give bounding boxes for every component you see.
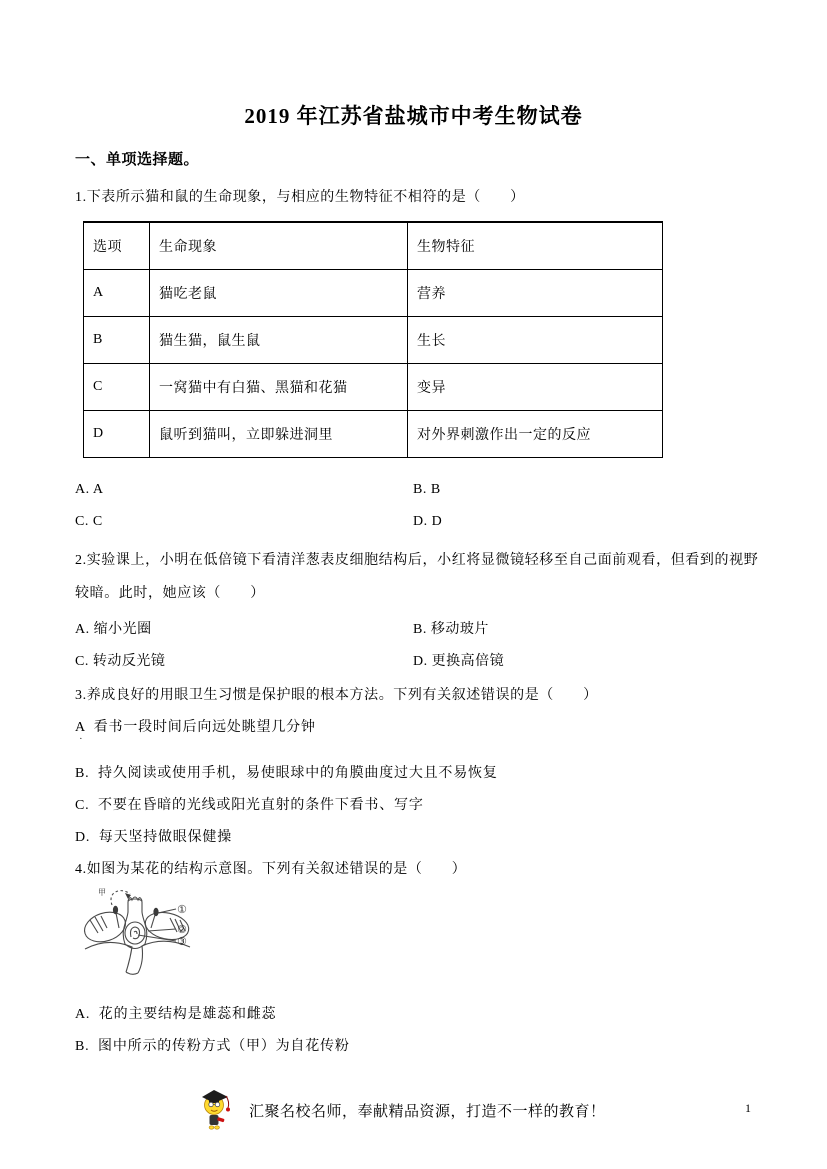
- section-heading: 一、单项选择题。: [75, 148, 199, 169]
- q1-options-row-1: A. A B. B: [75, 482, 765, 498]
- ovary-wall: [125, 922, 145, 944]
- cell-feature: 生长: [408, 317, 663, 364]
- stamen-left-anther: [113, 906, 118, 914]
- question-1-stem: 1.下表所示猫和鼠的生命现象，与相应的生物特征不相符的是（ ）: [75, 186, 525, 206]
- cell-feature: 变异: [408, 364, 663, 411]
- q2-option-c: C. 转动反光镜: [75, 650, 413, 670]
- q2-options-row-2: C. 转动反光镜 D. 更换高倍镜: [75, 650, 765, 670]
- figure-label-3: ③: [177, 935, 187, 948]
- cell-feature: 对外界刺激作出一定的反应: [408, 411, 663, 458]
- petal-left-hatching: [90, 916, 107, 933]
- question-4-stem: 4.如图为某花的结构示意图。下列有关叙述错误的是（ ）: [75, 858, 466, 878]
- q4-option-a: A. 花的主要结构是雄蕊和雌蕊: [75, 1003, 276, 1023]
- q1-option-a: A. A: [75, 482, 413, 498]
- q1-table: 选项 生命现象 生物特征 A 猫吃老鼠 营养 B 猫生猫，鼠生鼠 生长 C 一窝…: [83, 221, 663, 458]
- mascot-tassel: [226, 1096, 229, 1108]
- q2-option-a: A. 缩小光圈: [75, 618, 413, 638]
- q1-options-row-2: C. C D. D: [75, 514, 765, 530]
- q2-option-b: B. 移动玻片: [413, 618, 489, 638]
- page-number: 1: [745, 1101, 751, 1116]
- petal-left: [81, 907, 130, 947]
- question-2-stem-line1: 2.实验课上，小明在低倍镜下看清洋葱表皮细胞结构后，小红将显微镜轻移至自己面前观…: [75, 549, 758, 569]
- pollination-arrow: [111, 891, 130, 905]
- footer-slogan: 汇聚名校名师，奉献精品资源，打造不一样的教育！: [249, 1100, 606, 1121]
- mascot-body: [210, 1115, 219, 1125]
- table-header-option: 选项: [84, 222, 150, 270]
- mascot-glasses-right: [215, 1102, 219, 1106]
- flower-diagram: 甲 ① ② ③: [78, 886, 196, 982]
- question-2-stem-line2: 较暗。此时，她应该（ ）: [75, 582, 265, 602]
- page-title: 2019 年江苏省盐城市中考生物试卷: [0, 100, 827, 130]
- table-row: C 一窝猫中有白猫、黑猫和花猫 变异: [84, 364, 663, 411]
- cell-option: A: [84, 270, 150, 317]
- table-row: A 猫吃老鼠 营养: [84, 270, 663, 317]
- mascot-foot-right: [215, 1126, 220, 1129]
- table-header-phenomenon: 生命现象: [150, 222, 408, 270]
- sepal-left: [85, 942, 132, 972]
- mascot-glasses-left: [209, 1102, 213, 1106]
- table-header-row: 选项 生命现象 生物特征: [84, 222, 663, 270]
- table-header-feature: 生物特征: [408, 222, 663, 270]
- q2-options-row-1: A. 缩小光圈 B. 移动玻片: [75, 618, 765, 638]
- table-row: D 鼠听到猫叫，立即躲进洞里 对外界刺激作出一定的反应: [84, 411, 663, 458]
- cell-option: B: [84, 317, 150, 364]
- q3-option-a: A 看书一段时间后向远处眺望几分钟: [75, 716, 316, 736]
- figure-label-1: ①: [177, 903, 187, 916]
- table-row: B 猫生猫，鼠生鼠 生长: [84, 317, 663, 364]
- cell-option: C: [84, 364, 150, 411]
- cell-phenomenon: 猫生猫，鼠生鼠: [150, 317, 408, 364]
- q4-option-b: B. 图中所示的传粉方式（甲）为自花传粉: [75, 1035, 350, 1055]
- leader-line-2: [148, 929, 176, 931]
- graduate-mascot-icon: [199, 1087, 233, 1133]
- mascot-tassel-end: [226, 1108, 230, 1112]
- question-3-stem: 3.养成良好的用眼卫生习惯是保护眼的根本方法。下列有关叙述错误的是（ ）: [75, 684, 598, 704]
- pistil-outline: [123, 899, 147, 949]
- receptacle-base: [126, 972, 138, 974]
- cell-option: D: [84, 411, 150, 458]
- stamen-right-anther: [153, 908, 158, 916]
- figure-label-jia: 甲: [98, 888, 106, 897]
- ovule: [131, 927, 140, 939]
- q1-option-b: B. B: [413, 482, 441, 498]
- q3-option-c: C. 不要在昏暗的光线或阳光直射的条件下看书、写字: [75, 794, 424, 814]
- q2-option-d: D. 更换高倍镜: [413, 650, 504, 670]
- exam-page: 2019 年江苏省盐城市中考生物试卷 一、单项选择题。 1.下表所示猫和鼠的生命…: [0, 0, 827, 1169]
- cell-phenomenon: 鼠听到猫叫，立即躲进洞里: [150, 411, 408, 458]
- q3-stray-period-mark: ·: [79, 733, 83, 745]
- cell-phenomenon: 一窝猫中有白猫、黑猫和花猫: [150, 364, 408, 411]
- cell-feature: 营养: [408, 270, 663, 317]
- q3-option-d: D. 每天坚持做眼保健操: [75, 826, 232, 846]
- q3-option-b: B. 持久阅读或使用手机，易使眼球中的角膜曲度过大且不易恢复: [75, 762, 498, 782]
- stamen-left-filament: [116, 913, 119, 928]
- q1-option-d: D. D: [413, 514, 442, 530]
- cell-phenomenon: 猫吃老鼠: [150, 270, 408, 317]
- q1-option-c: C. C: [75, 514, 413, 530]
- stamen-right-filament: [151, 915, 155, 928]
- mascot-foot-left: [209, 1126, 214, 1129]
